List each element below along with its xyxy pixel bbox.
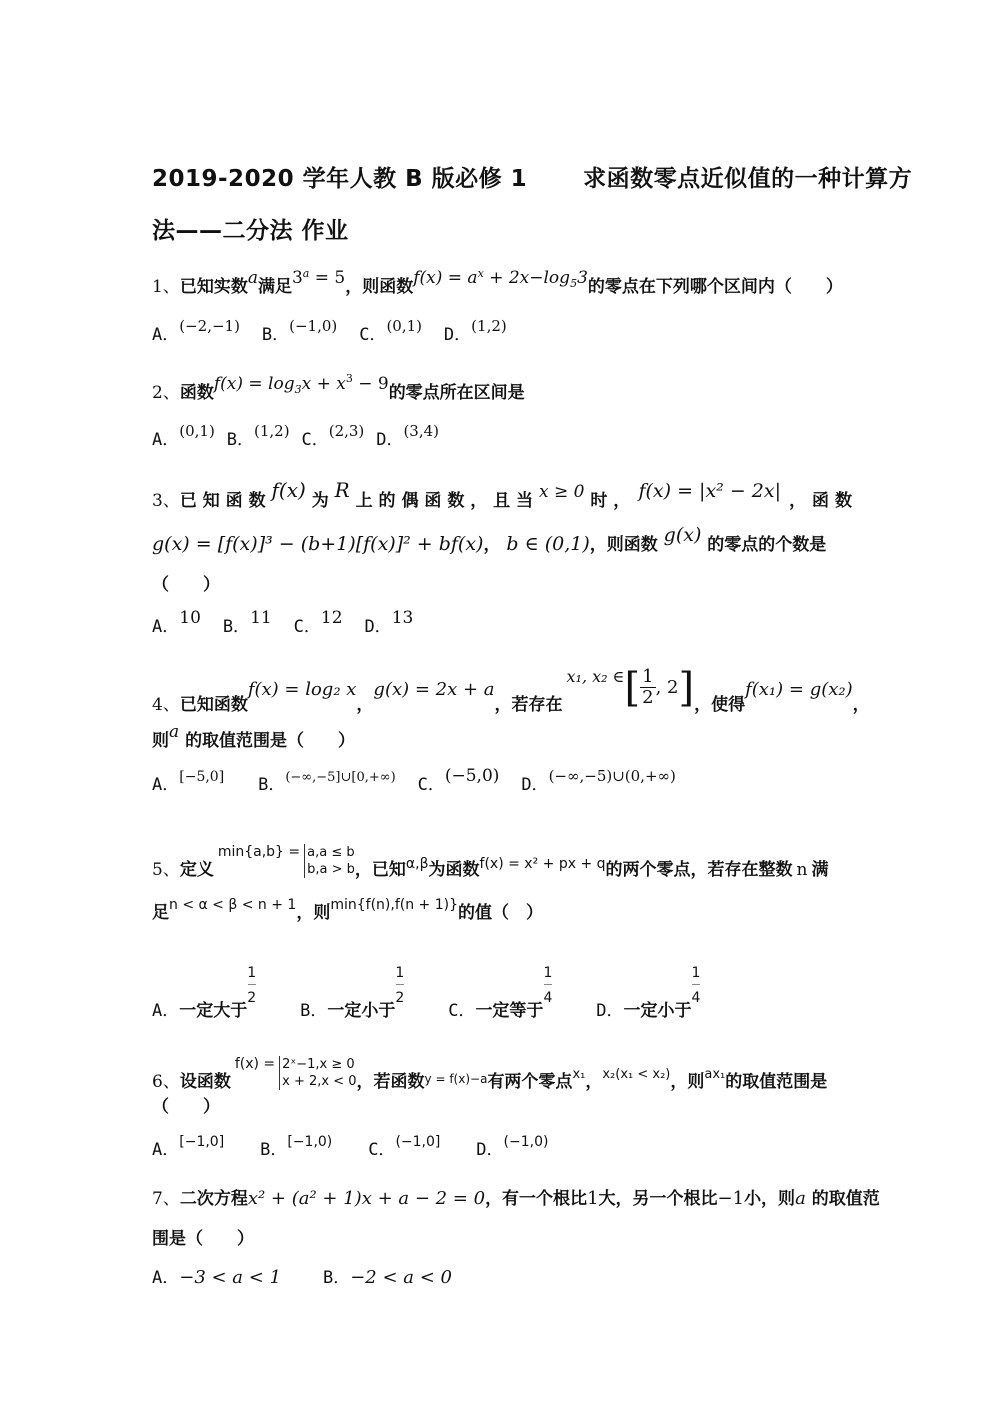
option-value: (1,2) xyxy=(254,422,290,440)
question-text: 已 知 函 数 xyxy=(180,491,266,511)
question-number: 7、 xyxy=(152,1189,180,1209)
math-expr: x₂(x₁ < x₂) xyxy=(602,1067,670,1082)
option-value: (2,3) xyxy=(329,422,365,440)
question-text: 设函数 xyxy=(180,1067,231,1092)
option-letter: B． xyxy=(227,430,254,450)
question-4-line-2: 则a 的取值范围是（ ） xyxy=(152,726,355,751)
option-value: (−1,0) xyxy=(289,317,337,335)
option-a[interactable]: A．[−1,0] xyxy=(152,1135,224,1160)
question-text: 为函数 xyxy=(429,855,480,880)
option-b[interactable]: B．(1,2) xyxy=(227,425,290,450)
option-letter: A． xyxy=(152,1140,179,1160)
option-letter: D． xyxy=(364,617,391,637)
option-d[interactable]: D．一定小于14 xyxy=(596,980,700,1021)
math-expr: 3 xyxy=(292,268,303,288)
fraction: 14 xyxy=(692,966,701,1005)
fraction-numerator: 1 xyxy=(395,966,404,980)
math-expr: f(x) xyxy=(272,478,306,502)
question-text: 已知函数 xyxy=(180,695,248,715)
option-d[interactable]: D．(−1,0) xyxy=(476,1135,548,1160)
math-expr: x + x xyxy=(302,374,346,394)
option-value: 一定小于 xyxy=(624,1001,692,1021)
question-text: ，有一个根比 xyxy=(485,1189,587,1209)
math-expr: f(x₁) = g(x₂) xyxy=(745,679,853,700)
question-text: 满 xyxy=(811,855,828,880)
question-text: ，则 xyxy=(670,1067,704,1092)
question-text: 则 xyxy=(152,731,169,751)
fraction-numerator: 1 xyxy=(692,966,701,980)
option-value: −2 < a < 0 xyxy=(350,1267,452,1288)
question-text: 时 ， xyxy=(590,491,630,511)
math-expr: 5 xyxy=(570,277,577,290)
option-value: [−1,0) xyxy=(287,1134,332,1150)
piece-case: 2ˣ−1,x ≥ 0 xyxy=(282,1056,356,1073)
math-expr: f(x) = x² + px + q xyxy=(480,856,606,872)
option-letter: C． xyxy=(418,775,445,795)
title-topic: 求函数零点近似值的一种计算方 xyxy=(583,166,912,192)
option-letter: D． xyxy=(376,430,403,450)
question-text: ， xyxy=(585,1067,602,1092)
math-expr: g(x) = [f(x)]³ − (b+1)[f(x)]² + bf(x) xyxy=(152,533,483,555)
option-c[interactable]: C．(−5,0) xyxy=(418,770,500,795)
option-letter: D． xyxy=(476,1140,503,1160)
math-expr: − 9 xyxy=(353,374,389,394)
piecewise-definition: a,a ≤ bb,a > b xyxy=(304,844,355,878)
answer-blank: （ ） xyxy=(152,1097,220,1117)
option-value: 一定大于 xyxy=(179,1001,247,1021)
document-page: 2019-2020 学年人教 B 版必修 1求函数零点近似值的一种计算方 法——… xyxy=(0,0,1000,1414)
question-7-line-2: 围是（ ） xyxy=(152,1224,254,1249)
math-expr: = 5 xyxy=(309,268,345,288)
math-expr: −1 xyxy=(718,1188,745,1209)
option-d[interactable]: D．(3,4) xyxy=(376,425,439,450)
math-expr: min{f(n),f(n + 1)} xyxy=(330,897,458,913)
option-b[interactable]: B．(−1,0) xyxy=(262,320,337,345)
option-value: (3,4) xyxy=(403,422,439,440)
question-3: 3、已 知 函 数 f(x) 为 R 上 的 偶 函 数 ， 且 当 x ≥ 0… xyxy=(152,486,852,511)
fraction: 12 xyxy=(395,966,404,1005)
question-text: 为 xyxy=(312,491,329,511)
option-b[interactable]: B．11 xyxy=(223,612,272,637)
question-1-options: A．(−2,−1) B．(−1,0) C．(0,1) D．(1,2) xyxy=(152,320,523,345)
math-expr: g(x) = 2x + a xyxy=(373,679,494,700)
question-7: 7、二次方程x² + (a² + 1)x + a − 2 = 0，有一个根比1大… xyxy=(152,1184,880,1209)
math-expr: a xyxy=(795,1188,806,1209)
math-expr: min{a,b} = xyxy=(218,844,300,860)
option-letter: A． xyxy=(152,617,179,637)
question-6: 6、设函数 f(x) = 2ˣ−1,x ≥ 0x + 2,x < 0 ，若函数 … xyxy=(152,1058,827,1092)
math-expr: α,β xyxy=(406,856,429,872)
question-3-line-2: g(x) = [f(x)]³ − (b+1)[f(x)]² + bf(x)， b… xyxy=(152,530,826,555)
question-text: 已知实数 xyxy=(180,277,248,297)
question-5-line-2: 足n < α < β < n + 1，则min{f(n),f(n + 1)}的值… xyxy=(152,898,543,923)
option-d[interactable]: D．(−∞,−5)∪(0,+∞) xyxy=(521,770,676,795)
question-6-options: A．[−1,0] B．[−1,0) C．(−1,0] D．(−1,0) xyxy=(152,1135,564,1160)
option-value: 12 xyxy=(321,608,343,628)
option-letter: B． xyxy=(260,1140,287,1160)
question-6-line-2: （ ） xyxy=(152,1092,220,1117)
fraction-numerator: 1 xyxy=(543,966,552,980)
question-text: 的值（ ） xyxy=(458,903,543,923)
question-text: ，使得 xyxy=(694,690,745,715)
option-letter: B． xyxy=(262,325,289,345)
option-a[interactable]: A．(0,1) xyxy=(152,425,215,450)
option-letter: A． xyxy=(152,1268,179,1288)
title-course: 2019-2020 学年人教 B 版必修 1 xyxy=(152,166,527,192)
option-c[interactable]: C．12 xyxy=(294,612,343,637)
document-title-line-2: 法——二分法 作业 xyxy=(152,212,349,245)
question-number: 1、 xyxy=(152,277,180,297)
option-letter: A． xyxy=(152,325,179,345)
option-letter: C． xyxy=(448,1001,475,1021)
option-value: [−1,0] xyxy=(179,1134,224,1150)
question-number: 5、 xyxy=(152,855,180,880)
question-text: ， xyxy=(853,690,870,715)
question-text: ，则函数 xyxy=(590,535,658,555)
option-d[interactable]: D．(1,2) xyxy=(444,320,507,345)
math-expr: f(x) = xyxy=(235,1056,275,1072)
math-expr: ax₁ xyxy=(704,1067,725,1082)
option-a[interactable]: A．[−5,0] xyxy=(152,770,224,795)
option-value: 11 xyxy=(250,608,272,628)
math-expr: 1 xyxy=(587,1188,598,1209)
option-value: 一定等于 xyxy=(475,1001,543,1021)
option-a[interactable]: A．10 xyxy=(152,612,201,637)
question-text: 的两个零点，若存在整数 xyxy=(606,855,793,880)
question-text: 小，则 xyxy=(744,1189,795,1209)
option-letter: D． xyxy=(596,1001,623,1021)
option-b[interactable]: B．−2 < a < 0 xyxy=(323,1263,452,1288)
question-text: 大，另一个根比 xyxy=(599,1189,718,1209)
question-text: ，若函数 xyxy=(357,1067,425,1092)
math-expr: f(x) = |x² − 2x| xyxy=(638,480,781,502)
fraction-denominator: 4 xyxy=(692,991,701,1005)
question-text: ， xyxy=(483,535,500,555)
document-title-line-1: 2019-2020 学年人教 B 版必修 1求函数零点近似值的一种计算方 xyxy=(152,160,912,193)
question-text: 的零点在下列哪个区间内（ ） xyxy=(588,277,843,297)
piece-case: b,a > b xyxy=(307,861,355,878)
option-value: 10 xyxy=(179,608,201,628)
option-letter: B． xyxy=(223,617,250,637)
fraction-denominator: 2 xyxy=(395,991,404,1005)
option-letter: A． xyxy=(152,775,179,795)
option-c[interactable]: C．(2,3) xyxy=(301,425,364,450)
math-expr: R xyxy=(335,478,350,502)
question-text: ， 函 数 xyxy=(789,486,852,511)
option-d[interactable]: D．13 xyxy=(364,612,413,637)
option-b[interactable]: B．(−∞,−5]∪[0,+∞) xyxy=(258,770,396,795)
option-value: −3 < a < 1 xyxy=(179,1267,281,1288)
question-text: 函数 xyxy=(180,383,214,403)
fraction-numerator: 1 xyxy=(640,667,655,688)
question-text: 有两个零点 xyxy=(487,1067,572,1092)
question-5: 5、定义 min{a,b} = a,a ≤ bb,a > b ，已知 α,β 为… xyxy=(152,846,828,880)
math-expr: 3 xyxy=(577,268,588,288)
question-text: 满足 xyxy=(258,277,292,297)
math-expr: a xyxy=(248,268,258,288)
fraction-denominator: 4 xyxy=(543,991,552,1005)
question-text: 定义 xyxy=(180,855,214,880)
math-expr: g(x) xyxy=(664,524,702,546)
question-text: ，则 xyxy=(296,903,330,923)
math-expr: , 2 xyxy=(656,677,679,698)
piece-case: a,a ≤ b xyxy=(307,844,355,861)
math-expr: x₁ xyxy=(572,1067,585,1082)
piecewise-definition: 2ˣ−1,x ≥ 0x + 2,x < 0 xyxy=(279,1056,356,1090)
option-a[interactable]: A．一定大于12 xyxy=(152,980,256,1021)
question-2-options: A．(0,1) B．(1,2) C．(2,3) D．(3,4) xyxy=(152,425,455,450)
question-text: ，已知 xyxy=(355,855,406,880)
option-b[interactable]: B．[−1,0) xyxy=(260,1135,332,1160)
math-expr: b ∈ (0,1) xyxy=(506,533,589,555)
option-letter: A． xyxy=(152,1001,179,1021)
question-7-options: A．−3 < a < 1 B．−2 < a < 0 xyxy=(152,1263,468,1288)
option-value: (−1,0] xyxy=(395,1134,440,1150)
question-number: 3、 xyxy=(152,491,180,511)
option-value: (−∞,−5)∪(0,+∞) xyxy=(549,767,676,785)
option-letter: B． xyxy=(323,1268,350,1288)
question-number: 2、 xyxy=(152,383,180,403)
fraction-denominator: 2 xyxy=(247,991,256,1005)
question-text: ， xyxy=(356,690,373,715)
question-text: ，则函数 xyxy=(345,277,413,297)
option-letter: C． xyxy=(301,430,328,450)
fraction-numerator: 1 xyxy=(247,966,256,980)
question-text: 的零点的个数是 xyxy=(707,535,826,555)
question-number: 4、 xyxy=(152,695,180,715)
question-4-options: A．[−5,0] B．(−∞,−5]∪[0,+∞) C．(−5,0) D．(−∞… xyxy=(152,770,692,795)
math-expr: x xyxy=(478,267,484,280)
option-letter: C． xyxy=(368,1140,395,1160)
math-expr: f(x) = log xyxy=(214,374,295,394)
bracket-right: ] xyxy=(678,665,694,711)
option-c[interactable]: C．一定等于14 xyxy=(448,980,552,1021)
question-text: 足 xyxy=(152,903,169,923)
math-expr: a xyxy=(303,267,310,280)
math-expr: 3 xyxy=(346,372,353,385)
answer-blank: （ ） xyxy=(152,575,220,595)
math-expr: x₁, x₂ ∈ xyxy=(567,667,625,686)
bracket-left: [ xyxy=(625,665,641,711)
fraction: 14 xyxy=(543,966,552,1005)
math-expr: x ≥ 0 xyxy=(539,482,584,502)
option-value: (−5,0) xyxy=(445,766,500,786)
question-3-line-3: （ ） xyxy=(152,570,220,595)
option-c[interactable]: C．(−1,0] xyxy=(368,1135,440,1160)
question-text: ，若存在 xyxy=(495,690,563,715)
option-value: (0,1) xyxy=(179,422,215,440)
option-value: (−∞,−5]∪[0,+∞) xyxy=(285,770,395,785)
option-letter: C． xyxy=(359,325,386,345)
option-letter: A． xyxy=(152,430,179,450)
question-5-options: A．一定大于12 B．一定小于12 C．一定等于14 D．一定小于14 xyxy=(152,980,716,1021)
question-number: 6、 xyxy=(152,1067,180,1092)
math-expr: n < α < β < n + 1 xyxy=(169,897,296,913)
question-text: 的零点所在区间是 xyxy=(389,383,525,403)
fraction-denominator: 2 xyxy=(640,688,655,708)
math-expr: a xyxy=(169,722,179,742)
option-a[interactable]: A．−3 < a < 1 xyxy=(152,1263,281,1288)
option-value: (0,1) xyxy=(386,317,422,335)
option-value: 一定小于 xyxy=(327,1001,395,1021)
question-4: 4、已知函数 f(x) = log₂ x ， g(x) = 2x + a ，若存… xyxy=(152,668,852,715)
math-expr: + 2x−log xyxy=(484,268,570,288)
question-text: 的取值范围是 xyxy=(725,1067,827,1092)
question-2: 2、函数f(x) = log3x + x3 − 9的零点所在区间是 xyxy=(152,378,525,403)
option-letter: C． xyxy=(294,617,321,637)
option-value: (−2,−1) xyxy=(179,317,240,335)
math-expr: x² + (a² + 1)x + a − 2 = 0 xyxy=(248,1188,485,1209)
option-letter: D． xyxy=(444,325,471,345)
option-c[interactable]: C．(0,1) xyxy=(359,320,422,345)
option-value: 13 xyxy=(392,608,414,628)
option-a[interactable]: A．(−2,−1) xyxy=(152,320,240,345)
question-text: 的取值范 xyxy=(812,1189,880,1209)
option-b[interactable]: B．一定小于12 xyxy=(300,980,404,1021)
option-letter: B． xyxy=(258,775,285,795)
math-expr: y = f(x)−a xyxy=(425,1072,488,1086)
option-letter: D． xyxy=(521,775,548,795)
option-value: (1,2) xyxy=(471,317,507,335)
question-text: 围是（ ） xyxy=(152,1229,254,1249)
option-value: [−5,0] xyxy=(179,769,224,785)
question-text: 的取值范围是（ ） xyxy=(185,731,355,751)
title-topic-cont: 法——二分法 作业 xyxy=(152,218,349,244)
math-expr: f(x) = log₂ x xyxy=(248,679,357,700)
question-text: 二次方程 xyxy=(180,1189,248,1209)
math-expr: n xyxy=(797,860,808,880)
question-3-options: A．10 B．11 C．12 D．13 xyxy=(152,612,429,637)
piece-case: x + 2,x < 0 xyxy=(282,1073,356,1090)
option-letter: B． xyxy=(300,1001,327,1021)
math-expr: f(x) = a xyxy=(413,268,477,288)
option-value: (−1,0) xyxy=(504,1134,549,1150)
question-text: 上 的 偶 函 数 ， 且 当 xyxy=(356,491,533,511)
fraction: 12 xyxy=(247,966,256,1005)
question-1: 1、已知实数a满足3a = 5，则函数f(x) = ax + 2x−log53的… xyxy=(152,272,843,297)
math-expr: 3 xyxy=(295,383,302,396)
fraction: 12 xyxy=(640,667,655,708)
